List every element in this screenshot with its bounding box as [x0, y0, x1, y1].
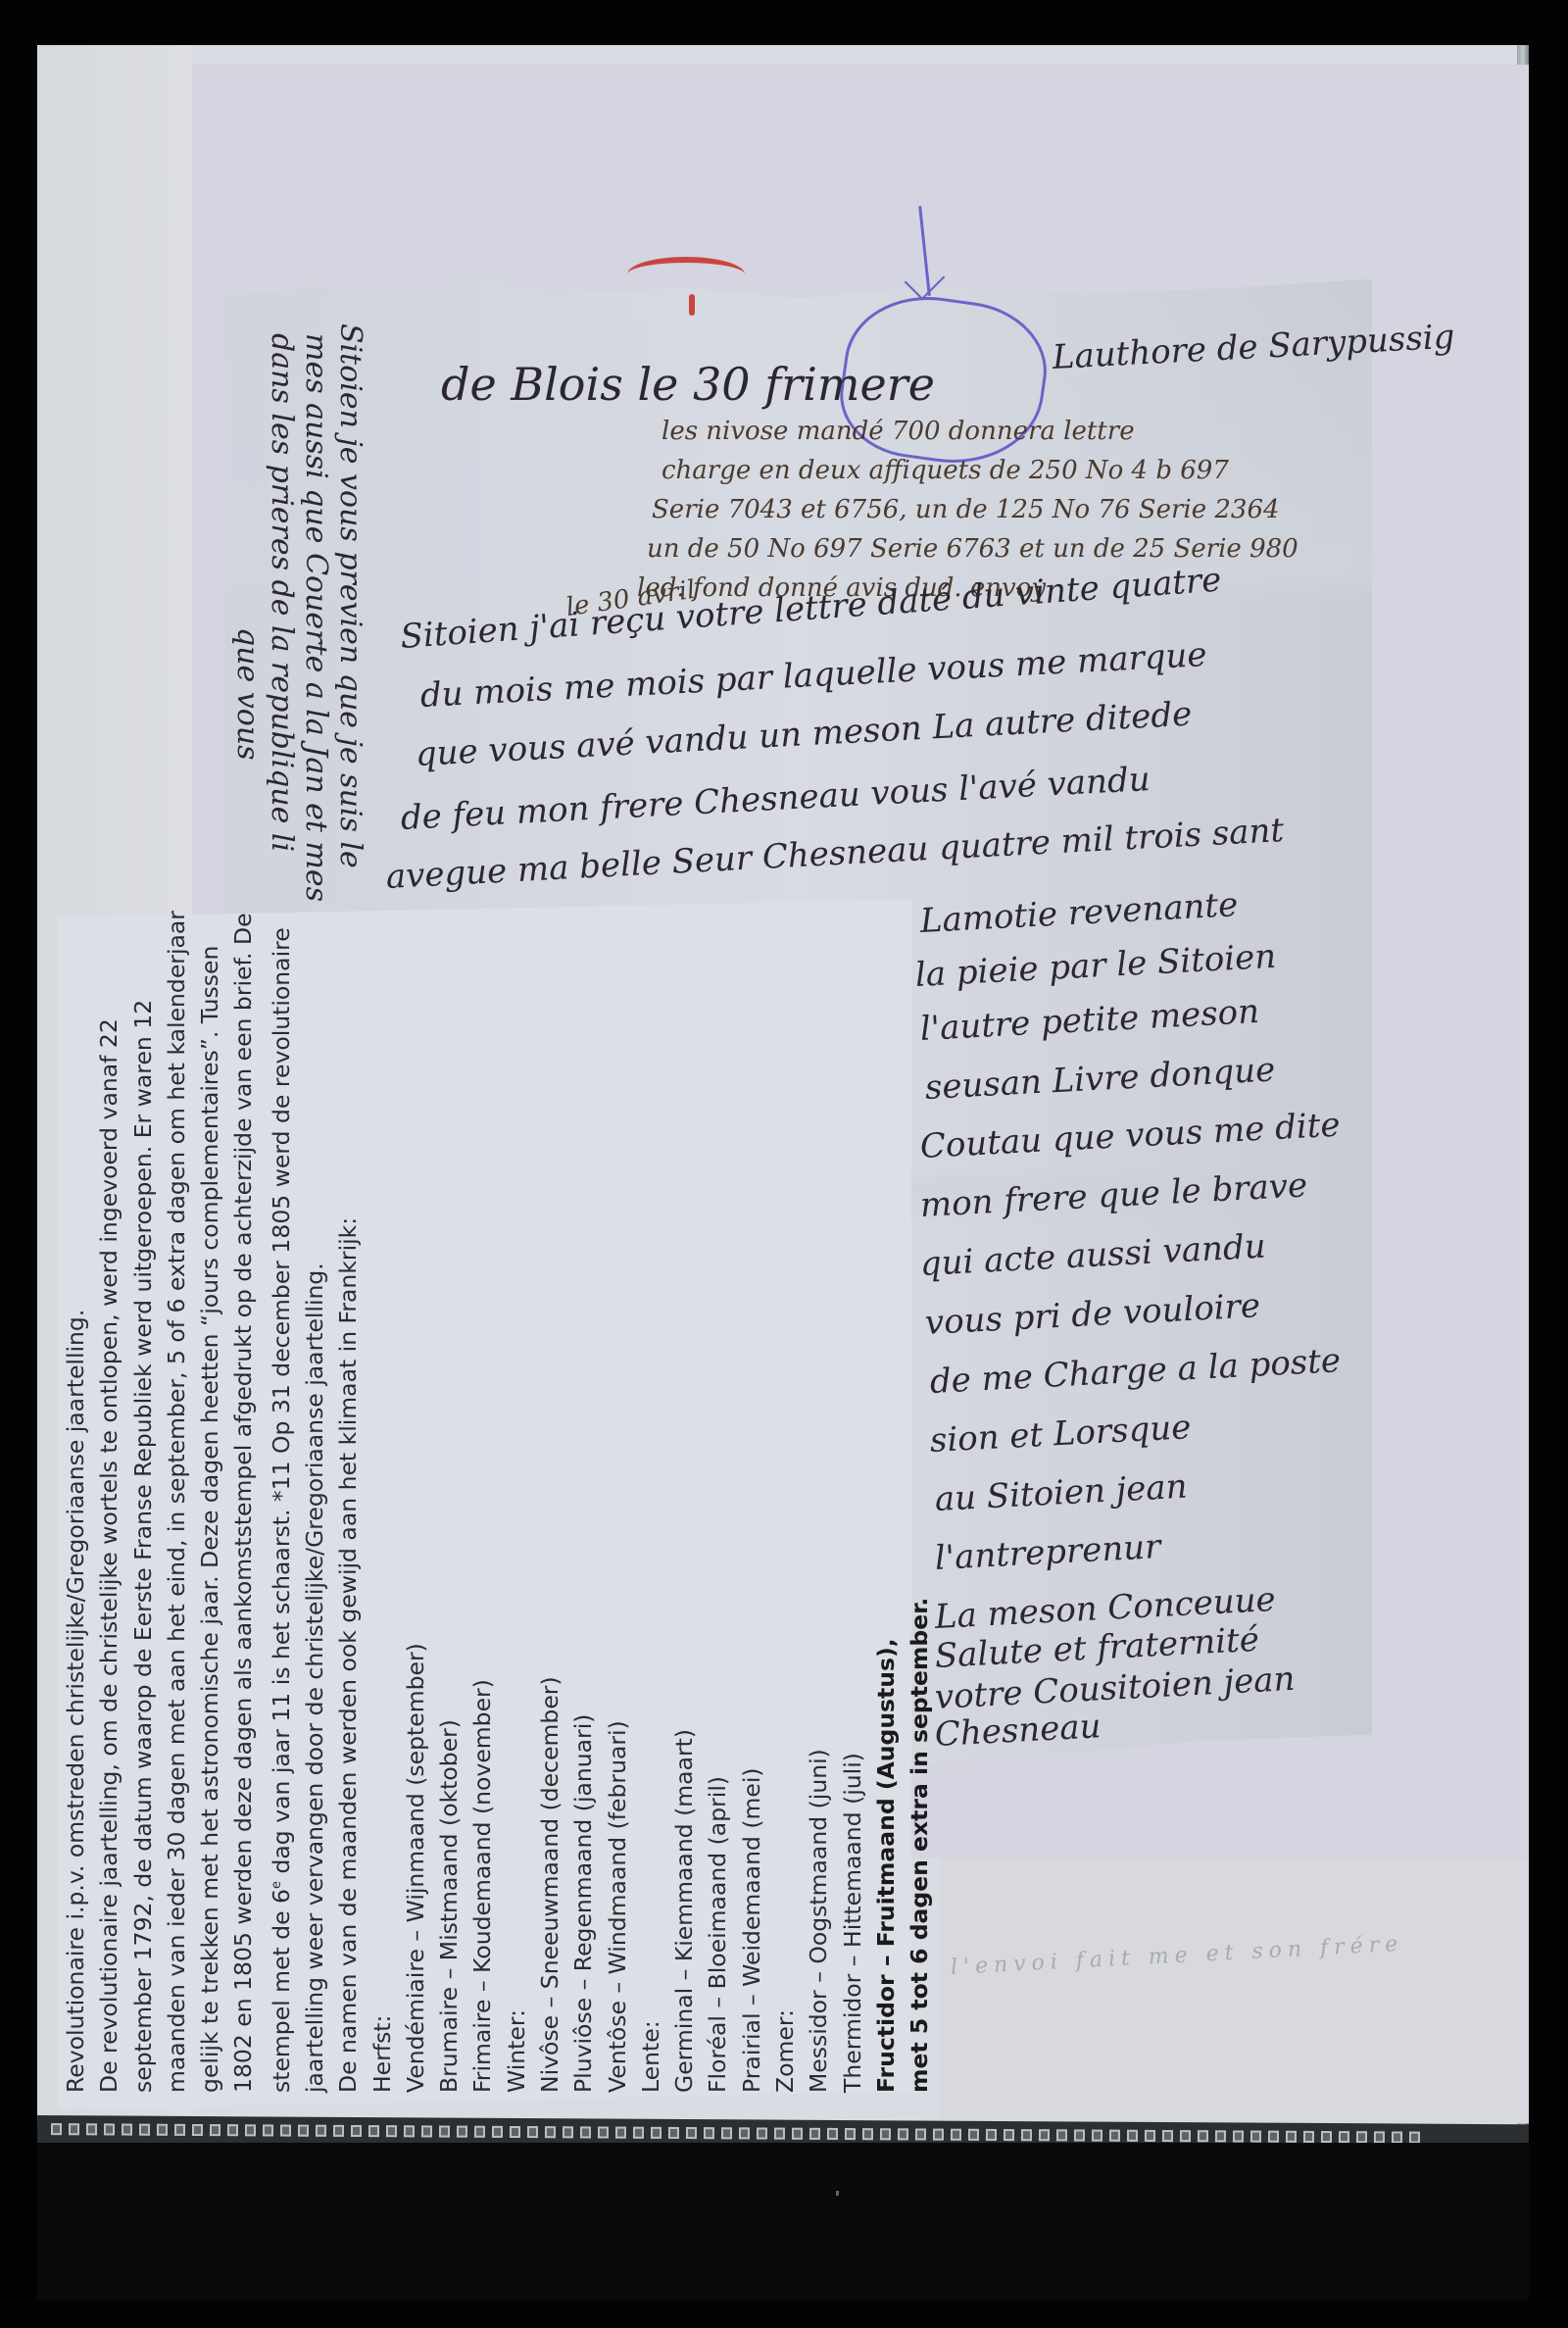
mount-sheet-lower — [939, 1858, 1529, 2123]
season-label: Herfst: — [366, 916, 399, 2093]
caption-fragment: stempel met de 6 — [268, 1889, 295, 2093]
season-label: Lente: — [634, 916, 667, 2093]
month-item: Thermidor – Hittemaand (juli) — [836, 916, 869, 2093]
caption-superscript: e — [269, 1881, 284, 1889]
letter-margin-vertical: que vous — [230, 627, 265, 761]
month-item: Pluviôse – Regenmaand (januari) — [566, 916, 600, 2093]
accounting-line: les nivose mandé 700 donnera lettre — [661, 417, 1135, 446]
month-item: Germinal – Kiemmaand (maart) — [667, 916, 701, 2093]
caption-line: 1802 en 1805 werden deze dagen als aanko… — [226, 916, 260, 2093]
wax-seal-drip — [689, 294, 695, 316]
letter-margin-vertical: Sitoien je vous previen que je suis le — [333, 323, 367, 868]
season-label: Zomer: — [768, 916, 802, 2093]
season-label: Winter: — [500, 916, 533, 2093]
accounting-line: Serie 7043 et 6756, un de 125 No 76 Seri… — [652, 495, 1280, 524]
caption-line: gelijk te trekken met het astronomische … — [193, 916, 226, 2093]
caption-line: september 1792, de datum waarop de Eerst… — [126, 916, 160, 2093]
caption-title: Revolutionaire i.p.v. omstreden christel… — [59, 916, 92, 2093]
accounting-line: un de 50 No 697 Serie 6763 et un de 25 S… — [647, 534, 1298, 564]
accounting-line: charge en deux affiquets de 250 No 4 b 6… — [661, 456, 1229, 485]
month-item: Messidor – Oogstmaand (juni) — [802, 916, 835, 2093]
caption-note-bold: met 5 tot 6 dagen extra in september. — [903, 916, 936, 2093]
dust-speck — [836, 2191, 839, 2196]
letter-heading: de Blois le 30 frimere — [441, 358, 935, 411]
backing-board — [37, 2143, 1529, 2300]
month-item: Vendémiaire – Wijnmaand (september) — [399, 916, 432, 2093]
caption-line: De revolutionaire jaartelling, om de chr… — [92, 916, 125, 2093]
caption-fragment: dag van jaar 11 is het schaarst. *11 Op … — [268, 927, 295, 1881]
caption-line: maanden van ieder 30 dagen met aan het e… — [160, 916, 193, 2093]
wax-seal-remnant — [627, 257, 745, 292]
month-item: Floréal – Bloeimaand (april) — [701, 916, 734, 2093]
month-item-bold: Fructidor – Fruitmaand (Augustus), — [869, 916, 903, 2093]
month-item: Frimaire – Koudemaand (november) — [465, 916, 499, 2093]
month-item: Brumaire – Mistmaand (oktober) — [432, 916, 465, 2093]
letter-margin-vertical: mes aussi que Couerte a la Jan et mes qu — [299, 333, 333, 949]
caption-names-intro: De namen van de maanden werden ook gewij… — [331, 916, 365, 2093]
month-item: Prairial – Weidemaand (mei) — [735, 916, 768, 2093]
caption-line: stempel met de 6e dag van jaar 11 is het… — [261, 916, 298, 2093]
caption-text: Revolutionaire i.p.v. omstreden christel… — [59, 916, 937, 2093]
month-item: Nivôse – Sneeuwmaand (december) — [533, 916, 566, 2093]
caption-line: jaartelling weer vervangen door de chris… — [298, 916, 331, 2093]
letter-margin-vertical: dans les prieres de la republique li — [265, 333, 299, 852]
month-item: Ventôse – Windmaand (februari) — [601, 916, 634, 2093]
